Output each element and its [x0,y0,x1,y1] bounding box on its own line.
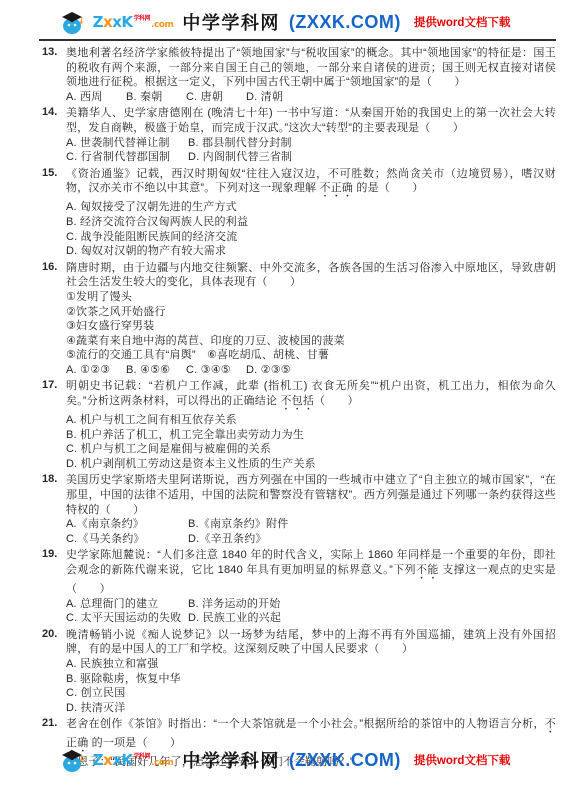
logo-dotcom: .com [151,758,173,768]
options-row: C. 战争没能阻断民族间的经济交流 [66,230,556,245]
logo-letter-x2: x [112,751,121,769]
question-body: 奥地利著名经济学家熊彼特提出了“领地国家”与“税收国家”的概念。其中“领地国家”… [66,46,556,104]
question-subline: ⑤流行的交通工具有“肩舆” ⑥喜吃胡瓜、胡桃、甘薯 [66,348,556,363]
option: A. 匈奴接受了汉朝先进的生产方式 [66,200,237,215]
options-row: C. 机户与机工之间是雇佣与被雇佣的关系 [66,442,556,457]
question-number: 17. [42,379,66,471]
question-number: 16. [42,261,66,378]
option: C. 行省制代替郡国制 [66,150,188,165]
question-stem: 美国历史学家斯塔夫里阿诺斯说，西方列强在中国的一些城市中建立了“自主独立的城市国… [66,473,556,517]
option: C. 唐朝 [186,90,246,105]
option: D. 匈奴对汉朝的物产有较大需求 [66,244,226,259]
footer-watermark-wrap: ZxxK学科网.com 中学学科网 (ZXXK.COM) 提供word文档下载 [0,744,570,776]
question-14: 14.美籍华人、史学家唐德刚在 (晚清七十年) 一书中写道：“从秦国开始的我国史… [42,106,556,164]
option: C. 太平天国运动的失败 [66,611,188,626]
options-row: A.《南京条约》B.《南京条约》附件 [66,517,556,532]
question-15: 15.《资治通鉴》记载，西汉时期匈奴“往往入寇汉边，不可胜数；然尚贪关市（边境贸… [42,167,556,259]
stem-text: 的是（ ） [353,182,423,194]
option: D. ②③⑤ [246,363,306,378]
question-number: 18. [42,473,66,546]
logo-dotcom: .com [151,20,173,30]
options-row: D. 匈奴对汉朝的物产有较大需求 [66,244,556,259]
question-18: 18.美国历史学家斯塔夫里阿诺斯说，西方列强在中国的一些城市中建立了“自主独立的… [42,473,556,546]
option: C. 创立民国 [66,686,125,701]
option: D.《辛丑条约》 [188,532,267,547]
option: D. 民族工业的兴起 [188,611,281,626]
zxxk-mascot-icon [60,9,84,35]
question-subline: ④蔬菜有来自地中海的莴苣、印度的刀豆、波棱国的菠菜 [66,334,556,349]
logo-mini-badge: 学科网 [134,13,151,22]
stem-text: （ ） [314,395,359,407]
zxxk-mascot-icon [60,747,84,773]
option: D. 清朝 [246,90,306,105]
option: A. 世袭制代替禅让制 [66,136,188,151]
option: B. 经济交流符合汉匈两族人民的利益 [66,215,248,230]
zxxk-logo-text: ZxxK学科网.com [93,13,174,31]
option: B. 机户养活了机工，机工完全靠出卖劳动力为生 [66,428,304,443]
question-subline: ①发明了馒头 [66,290,556,305]
options-row: B. 驱除鞑虏，恢复中华 [66,672,556,687]
logo-letter-z: Z [93,751,103,769]
stem-text: 美国历史学家斯塔夫里阿诺斯说，西方列强在中国的一些城市中建立了“自主独立的城市国… [66,474,556,515]
options-row: D. 机户剥削机工劳动这是资本主义性质的生产关系 [66,457,556,472]
question-stem: 晚清畅销小说《痴人说梦记》以一场梦为结尾，梦中的上海不再有外国巡捕，建筑上没有外… [66,628,556,657]
question-body: 明朝史书记载：“若机户工作减，此辈 (指机工) 衣食无所矣”“机户出资，机工出力… [66,379,556,471]
options-row: A. 匈奴接受了汉朝先进的生产方式 [66,200,556,215]
options-row: A. 西周B. 秦朝C. 唐朝D. 清朝 [66,90,556,105]
option: C. ③④⑤ [186,363,246,378]
question-stem: 史学家陈旭麓说：“人们多注意 1840 年的时代含义，实际上 1860 年同样是… [66,548,556,596]
stem-text: 美籍华人、史学家唐德刚在 (晚清七十年) 一书中写道：“从秦国开始的我国史上的第… [66,107,556,134]
logo-letter-k: K [121,751,132,769]
options-row: B. 经济交流符合汉匈两族人民的利益 [66,215,556,230]
stem-text: 隋唐时期，由于边疆与内地交往频繁、中外交流多，各族各国的生活习俗渗入中原地区，导… [66,262,556,289]
question-number: 15. [42,167,66,259]
question-stem: 美籍华人、史学家唐德刚在 (晚清七十年) 一书中写道：“从秦国开始的我国史上的第… [66,106,556,135]
option: D. 机户剥削机工劳动这是资本主义性质的生产关系 [66,457,316,472]
options-row: B. 机户养活了机工，机工完全靠出卖劳动力为生 [66,428,556,443]
question-stem: 奥地利著名经济学家熊彼特提出了“领地国家”与“税收国家”的概念。其中“领地国家”… [66,46,556,90]
question-body: 隋唐时期，由于边疆与内地交往频繁、中外交流多，各族各国的生活习俗渗入中原地区，导… [66,261,556,378]
question-number: 20. [42,628,66,716]
logo-letter-x1: x [103,13,112,31]
question-stem: 明朝史书记载：“若机户工作减，此辈 (指机工) 衣食无所矣”“机户出资，机工出力… [66,379,556,413]
options-row: C.《马关条约》D.《辛丑条约》 [66,532,556,547]
options-row: C. 创立民国 [66,686,556,701]
question-body: 晚清畅销小说《痴人说梦记》以一场梦为结尾，梦中的上海不再有外国巡捕，建筑上没有外… [66,628,556,716]
option: D. 内阁制代替三省制 [188,150,292,165]
download-tagline: 提供word文档下载 [414,752,510,768]
option: B. 洋务运动的开始 [188,597,280,612]
logo-letter-k: K [121,13,132,31]
option: A. 机户与机工之间有相互依存关系 [66,413,237,428]
option: A.《南京条约》 [66,517,188,532]
options-row: A. ①②③B. ④⑤⑥C. ③④⑤D. ②③⑤ [66,363,556,378]
question-number: 13. [42,46,66,104]
question-stem: 隋唐时期，由于边疆与内地交往频繁、中外交流多，各族各国的生活习俗渗入中原地区，导… [66,261,556,290]
question-body: 《资治通鉴》记载，西汉时期匈奴“往往入寇汉边，不可胜数；然尚贪关市（边境贸易），… [66,167,556,259]
question-body: 史学家陈旭麓说：“人们多注意 1840 年的时代含义，实际上 1860 年同样是… [66,548,556,625]
site-name: 中学学科网 [182,747,280,773]
footer-watermark: ZxxK学科网.com 中学学科网 (ZXXK.COM) 提供word文档下载 [0,744,570,776]
question-body: 美国历史学家斯塔夫里阿诺斯说，西方列强在中国的一些城市中建立了“自主独立的城市国… [66,473,556,546]
emphasized-text: 不包括 [280,395,314,407]
options-row: A. 机户与机工之间有相互依存关系 [66,413,556,428]
site-domain: (ZXXK.COM) [289,12,401,33]
options-row: A. 世袭制代替禅让制B. 郡县制代替分封制 [66,136,556,151]
zxxk-logo-text: ZxxK学科网.com [93,751,174,769]
site-domain: (ZXXK.COM) [289,750,401,771]
header-divider [39,39,556,41]
logo-letter-z: Z [93,13,103,31]
question-subline: ③妇女盛行穿男装 [66,319,556,334]
stem-text: 晚清畅销小说《痴人说梦记》以一场梦为结尾，梦中的上海不再有外国巡捕，建筑上没有外… [66,629,556,656]
options-row: C. 行省制代替郡国制D. 内阁制代替三省制 [66,150,556,165]
logo-mini-badge: 学科网 [134,751,151,760]
option: B. 秦朝 [126,90,186,105]
question-19: 19.史学家陈旭麓说：“人们多注意 1840 年的时代含义，实际上 1860 年… [42,548,556,625]
question-20: 20.晚清畅销小说《痴人说梦记》以一场梦为结尾，梦中的上海不再有外国巡捕，建筑上… [42,628,556,716]
option: A. 西周 [66,90,126,105]
option: C. 战争没能阻断民族间的经济交流 [66,230,237,245]
option: A. ①②③ [66,363,126,378]
questions-list: 13.奥地利著名经济学家熊彼特提出了“领地国家”与“税收国家”的概念。其中“领地… [42,46,556,770]
option: D. 扶清灭洋 [66,701,125,716]
question-17: 17.明朝史书记载：“若机户工作减，此辈 (指机工) 衣食无所矣”“机户出资，机… [42,379,556,471]
header-watermark: ZxxK学科网.com 中学学科网 (ZXXK.COM) 提供word文档下载 [28,6,542,38]
question-16: 16.隋唐时期，由于边疆与内地交往频繁、中外交流多，各族各国的生活习俗渗入中原地… [42,261,556,378]
logo-letter-x2: x [112,13,121,31]
question-number: 19. [42,548,66,625]
question-13: 13.奥地利著名经济学家熊彼特提出了“领地国家”与“税收国家”的概念。其中“领地… [42,46,556,104]
option: A. 总理衙门的建立 [66,597,188,612]
question-stem: 《资治通鉴》记载，西汉时期匈奴“往往入寇汉边，不可胜数；然尚贪关市（边境贸易），… [66,167,556,201]
logo-letter-x1: x [103,751,112,769]
stem-text: 奥地利著名经济学家熊彼特提出了“领地国家”与“税收国家”的概念。其中“领地国家”… [66,47,556,88]
option: C.《马关条约》 [66,532,188,547]
option: A. 民族独立和富强 [66,657,158,672]
option: B.《南京条约》附件 [188,517,288,532]
option: C. 机户与机工之间是雇佣与被雇佣的关系 [66,442,271,457]
question-subline: ②饮茶之风开始盛行 [66,305,556,320]
document-page: ZxxK学科网.com 中学学科网 (ZXXK.COM) 提供word文档下载 … [0,0,570,800]
options-row: A. 民族独立和富强 [66,657,556,672]
stem-text: 《资治通鉴》记载，西汉时期匈奴“往往入寇汉边，不可胜数；然尚贪关市（边境贸易），… [66,168,556,195]
option: B. 驱除鞑虏，恢复中华 [66,672,181,687]
options-row: A. 总理衙门的建立B. 洋务运动的开始 [66,597,556,612]
option: B. 郡县制代替分封制 [188,136,292,151]
options-row: D. 扶清灭洋 [66,701,556,716]
question-number: 14. [42,106,66,164]
option: B. ④⑤⑥ [126,363,186,378]
emphasized-text: 不能 [416,564,439,576]
question-body: 美籍华人、史学家唐德刚在 (晚清七十年) 一书中写道：“从秦国开始的我国史上的第… [66,106,556,164]
emphasized-text: 不正确 [320,182,354,194]
site-name: 中学学科网 [182,9,280,35]
download-tagline: 提供word文档下载 [414,14,510,30]
stem-text: 老舍在创作《茶馆》时指出：“一个大茶馆就是一个小社会。”根据所给的茶馆中的人物语… [66,718,545,730]
options-row: C. 太平天国运动的失败D. 民族工业的兴起 [66,611,556,626]
